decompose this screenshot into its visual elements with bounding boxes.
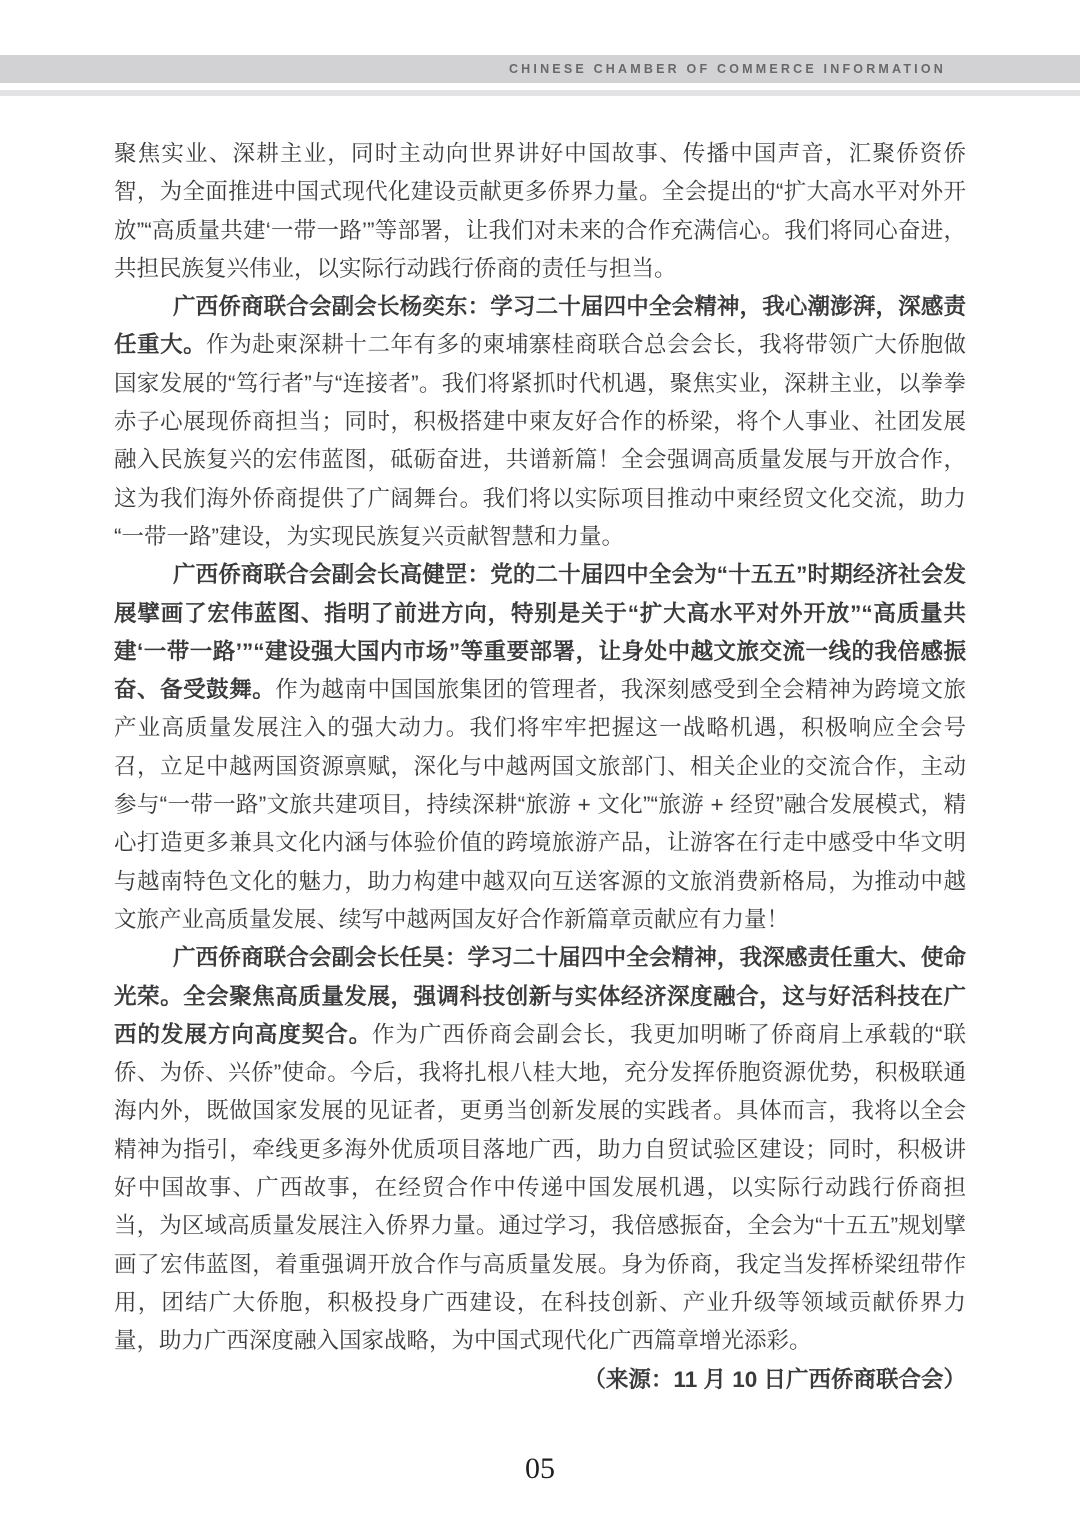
paragraph: 广西侨商联合会副会长任昊：学习二十届四中全会精神，我深感责任重大、使命光荣。全会… — [114, 939, 966, 1360]
article-paragraphs: 聚焦实业、深耕主业，同时主动向世界讲好中国故事、传播中国声音，汇聚侨资侨智，为全… — [114, 135, 966, 1361]
header-divider — [0, 90, 1080, 96]
paragraph-text: 作为越南中国国旅集团的管理者，我深刻感受到全会精神为跨境文旅产业高质量发展注入的… — [114, 677, 966, 932]
paragraph: 聚焦实业、深耕主业，同时主动向世界讲好中国故事、传播中国声音，汇聚侨资侨智，为全… — [114, 135, 966, 288]
header-band: CHINESE CHAMBER OF COMMERCE INFORMATION — [0, 55, 1080, 83]
article-body: 聚焦实业、深耕主业，同时主动向世界讲好中国故事、传播中国声音，汇聚侨资侨智，为全… — [114, 135, 966, 1399]
paragraph: 广西侨商联合会副会长高健罡：党的二十届四中全会为“十五五”时期经济社会发展擘画了… — [114, 556, 966, 939]
document-page: CHINESE CHAMBER OF COMMERCE INFORMATION … — [0, 0, 1080, 1525]
paragraph: 广西侨商联合会副会长杨奕东：学习二十届四中全会精神，我心潮澎湃，深感责任重大。作… — [114, 288, 966, 556]
paragraph-text: 聚焦实业、深耕主业，同时主动向世界讲好中国故事、传播中国声音，汇聚侨资侨智，为全… — [114, 141, 966, 281]
source-note: （来源：11 月 10 日广西侨商联合会） — [524, 1361, 966, 1399]
paragraph-text: 作为赴柬深耕十二年有多的柬埔寨桂商联合总会会长，我将带领广大侨胞做国家发展的“笃… — [114, 332, 966, 548]
paragraph-text: 作为广西侨商会副会长，我更加明晰了侨商肩上承载的“联侨、为侨、兴侨”使命。今后，… — [114, 1022, 966, 1353]
header-banner-text: CHINESE CHAMBER OF COMMERCE INFORMATION — [509, 62, 946, 76]
page-number: 05 — [0, 1452, 1080, 1486]
